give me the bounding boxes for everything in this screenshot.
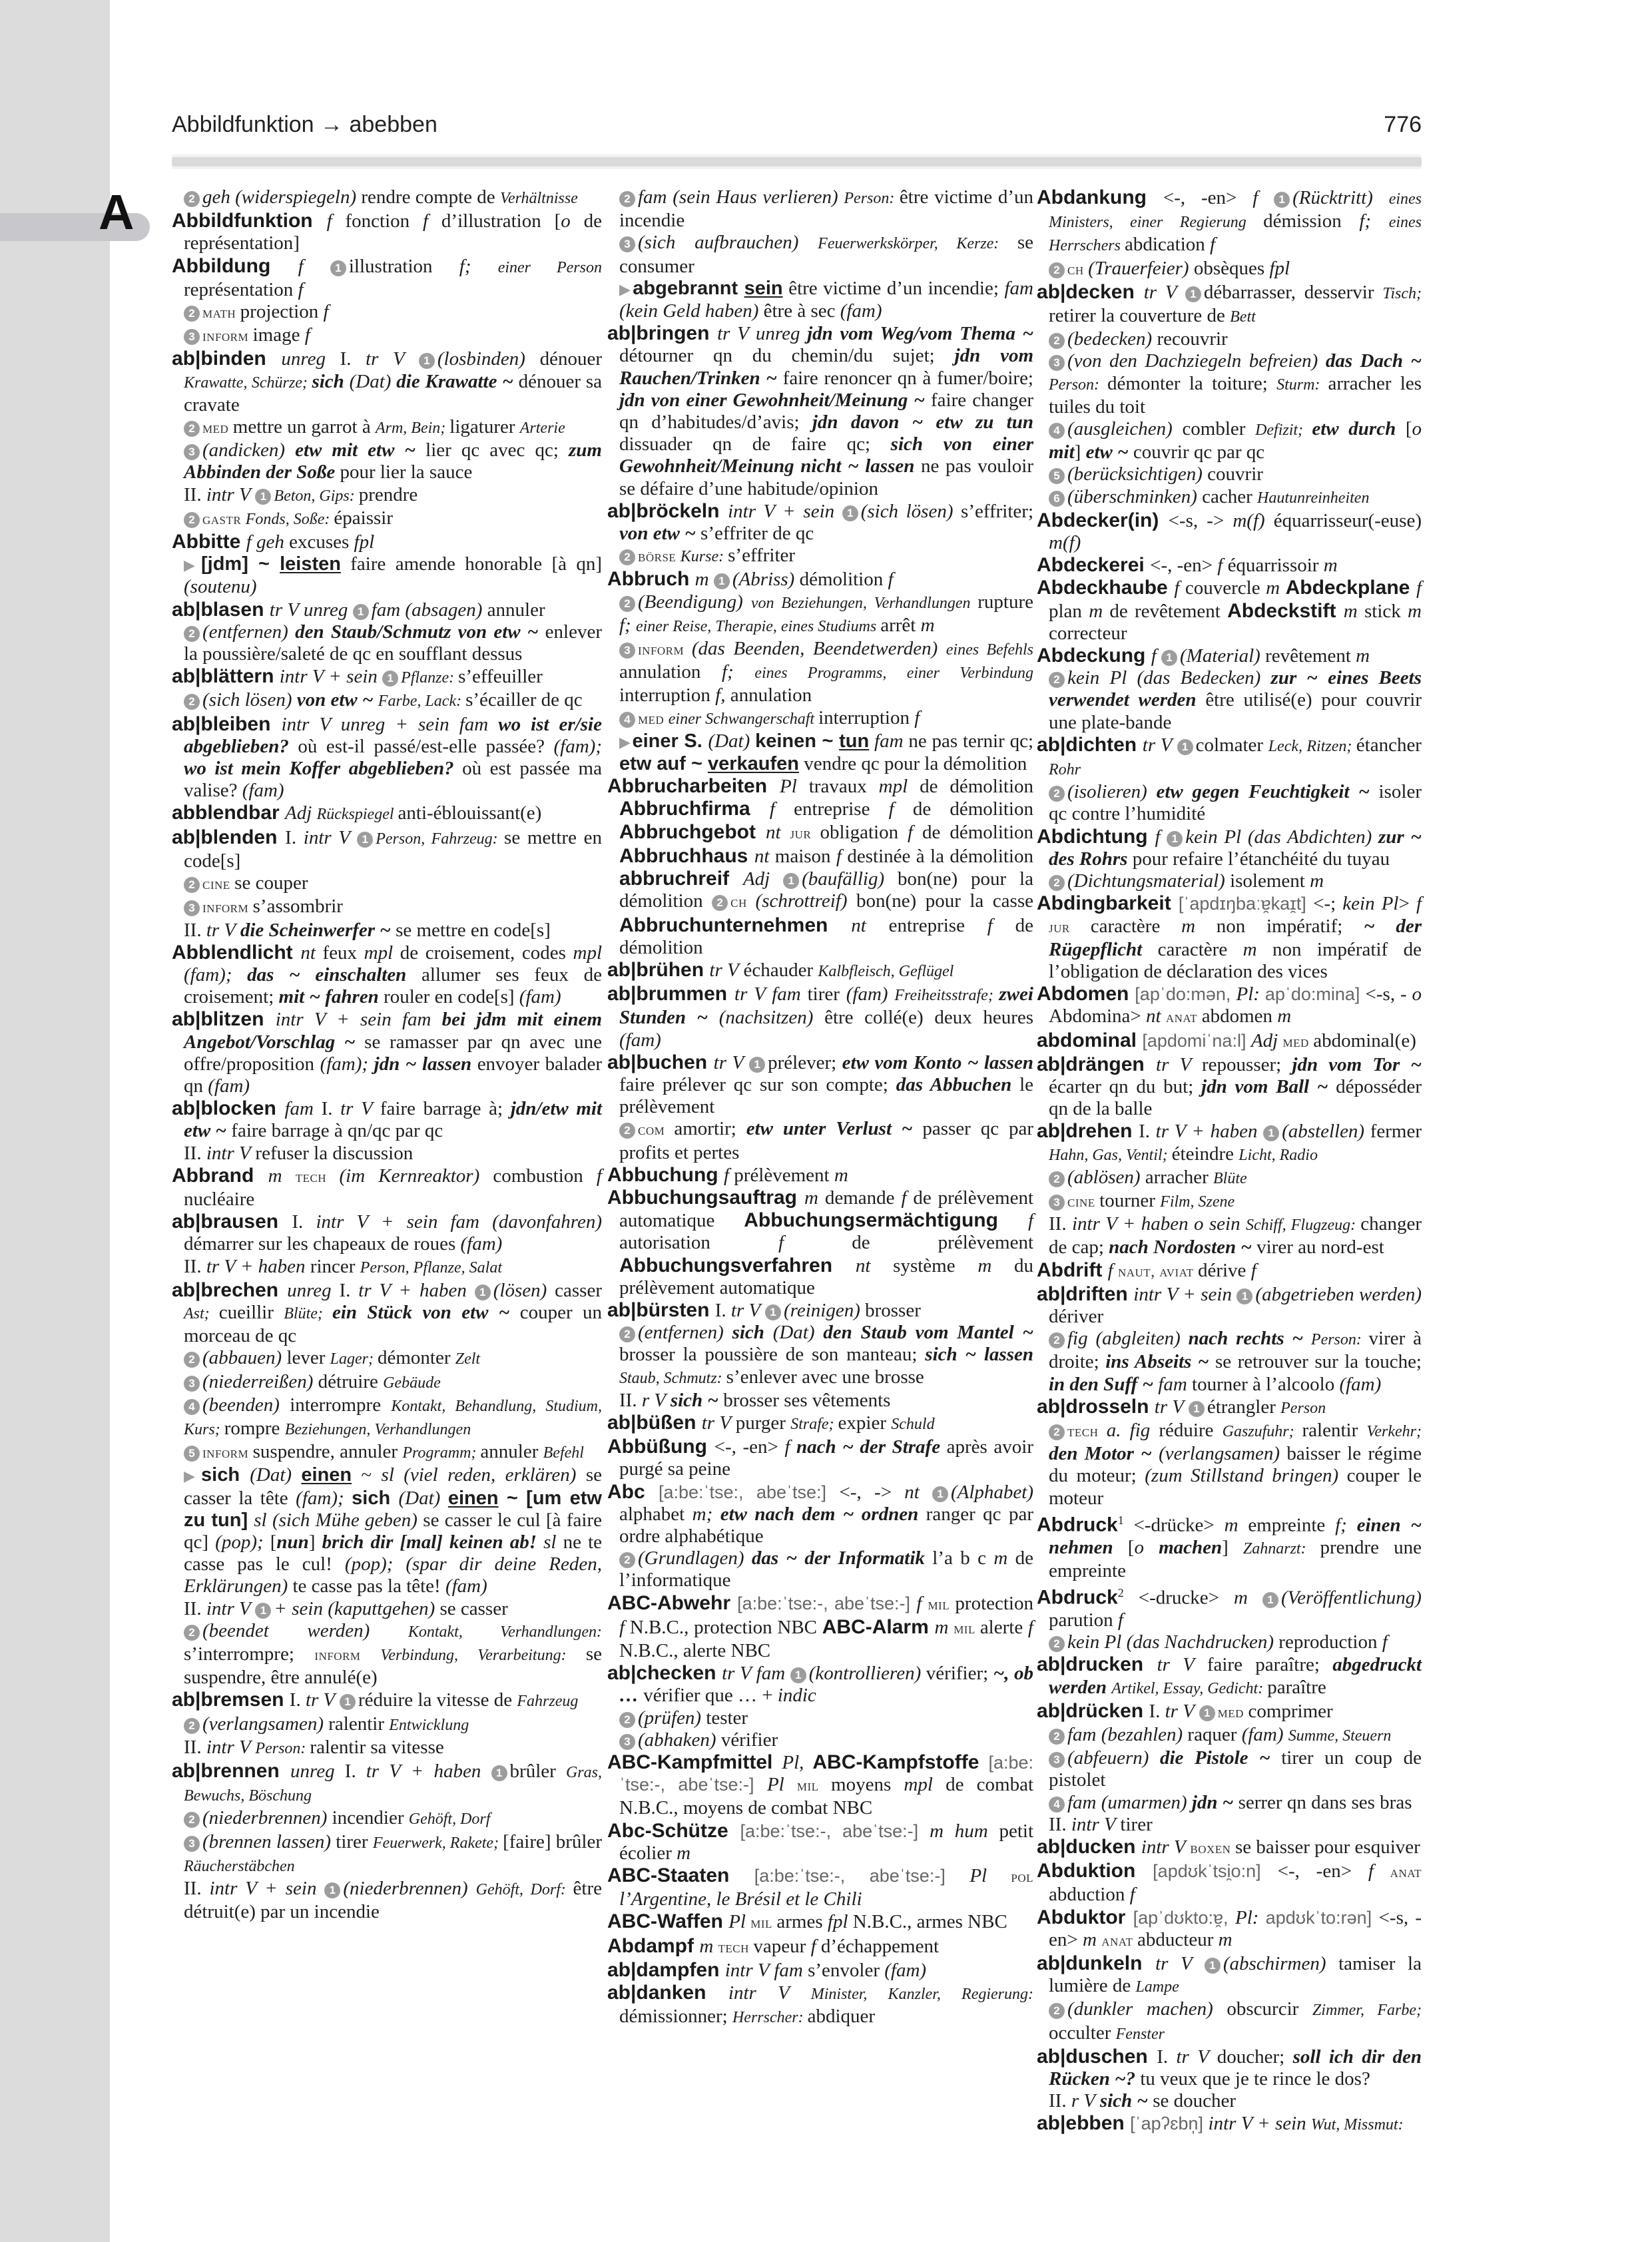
- grammar-label: (bedecken): [1067, 328, 1157, 350]
- translation: parution: [1049, 1609, 1118, 1631]
- example-phrase: die Krawatte ~: [396, 371, 518, 392]
- headword: Abduktor: [1037, 1906, 1133, 1928]
- grammar-label: (Rücktritt): [1292, 187, 1389, 208]
- collocate: von Beziehungen, Verhandlungen: [751, 595, 977, 612]
- grammar-label: nt: [904, 1482, 932, 1503]
- example-phrase: etw mit etw ~: [295, 439, 425, 461]
- grammar-label: fam (absagen): [372, 599, 487, 621]
- grammar-label: (fam): [445, 1575, 487, 1597]
- grammar-label: indic: [778, 1685, 816, 1706]
- translation: démissionner;: [619, 2006, 732, 2027]
- grammar-label: (Dat): [708, 730, 755, 752]
- entry-sense: II. intr V 1Beton, Gips: prendre: [172, 484, 602, 507]
- grammar-label: fpl: [828, 1911, 853, 1932]
- dictionary-entry: ab|danken intr V Minister, Kanzler, Regi…: [607, 1982, 1033, 2029]
- dictionary-entry: ab|bleiben intr V unreg + sein fam wo is…: [172, 713, 602, 802]
- collocate: Lager;: [330, 1350, 378, 1368]
- entry-sense: 2CINE se couper: [172, 872, 602, 896]
- entry-sense: 2(niederbrennen) incendier Gehöft, Dorf: [172, 1807, 602, 1830]
- grammar-label: (beenden): [202, 1394, 290, 1416]
- collocate: eines Programms, einer Verbindung: [754, 665, 1033, 682]
- translation: correcteur: [1049, 623, 1127, 644]
- grammar-label: intr V + sein: [1209, 2113, 1311, 2134]
- collocate: Herrscher:: [732, 2009, 808, 2026]
- dictionary-entry: ab|blasen tr V unreg 1fam (absagen) annu…: [172, 599, 602, 621]
- grammar-label: fam: [869, 730, 908, 752]
- grammar-label: sl: [543, 1532, 563, 1553]
- entry-sense: 5INFORM suspendre, annuler Programm; ann…: [172, 1441, 602, 1464]
- translation: <-s, ->: [1169, 510, 1233, 531]
- grammar-label: tr V: [702, 1412, 736, 1434]
- entry-sense: 3(niederreißen) détruire Gebäude: [172, 1371, 602, 1394]
- translation: virer au nord-est: [1256, 1237, 1384, 1258]
- entry-sense: 3(abhaken) vérifier: [607, 1729, 1033, 1751]
- grammar-label: (zum Stillstand bringen): [1145, 1465, 1346, 1486]
- grammar-label: (niederbrennen): [343, 1878, 475, 1899]
- grammar-label: tr V: [731, 1300, 765, 1321]
- translation: II.: [1049, 1814, 1071, 1835]
- entry-sense: 4(beenden) interrompre Kontakt, Behandlu…: [172, 1394, 602, 1441]
- entry-sense: 2MED mettre un garrot à Arm, Bein; ligat…: [172, 416, 602, 439]
- grammar-label: f: [324, 301, 329, 322]
- translation: N.B.C., protection NBC: [630, 1617, 822, 1638]
- dictionary-entry: ab|brühen tr V échauder Kalbfleisch, Gef…: [607, 959, 1033, 983]
- dictionary-entry: ab|blättern intr V + sein 1Pflanze: s’ef…: [172, 665, 602, 689]
- sense-number-icon: 5: [1049, 468, 1065, 484]
- grammar-label: f;: [1359, 210, 1388, 232]
- grammar-label: (abgetrieben werden): [1255, 1284, 1422, 1305]
- entry-sense: 2(ablösen) arracher Blüte: [1037, 1167, 1422, 1190]
- translation: étancher: [1356, 734, 1422, 756]
- headword: Abblendlicht: [172, 942, 300, 964]
- grammar-label: intr V + haben o sein: [1072, 1213, 1246, 1235]
- entry-sense: 2(isolieren) etw gegen Feuchtigkeit ~ is…: [1037, 781, 1422, 825]
- translation: couvercle: [1185, 577, 1266, 599]
- entry-sense: 2TECH a. fig réduire Gaszufuhr; ralentir…: [1037, 1420, 1422, 1510]
- dictionary-entry: Abbitte f geh excuses fpl: [172, 531, 602, 553]
- sense-number-icon: 2: [184, 694, 200, 710]
- entry-sense: 3INFORM image f: [172, 324, 602, 348]
- dictionary-entry: ab|drucken tr V faire paraître; abgedruc…: [1037, 1653, 1422, 1699]
- translation: alerte: [980, 1617, 1028, 1638]
- translation: I.: [340, 1280, 359, 1301]
- entry-sense: ▶abgebrannt sein être victime d’un incen…: [607, 278, 1033, 322]
- sense-number-icon: 2: [619, 191, 635, 207]
- example-phrase: jdn vom Ball ~: [1201, 1076, 1336, 1097]
- translation: entreprise: [794, 798, 888, 820]
- translation: annuler: [487, 599, 545, 621]
- subject-label: TECH: [1067, 1423, 1107, 1440]
- translation: se doucher: [1153, 2090, 1236, 2111]
- grammar-label: (kontrollieren): [809, 1663, 926, 1684]
- grammar-label: m: [1408, 601, 1422, 622]
- homograph-number: 2: [1118, 1586, 1124, 1599]
- dictionary-entry: ab|dampfen intr V fam s’envoler (fam): [607, 1959, 1033, 1982]
- dictionary-entry: ab|drehen I. tr V + haben 1(abstellen) f…: [1037, 1120, 1422, 1166]
- sense-number-icon: 1: [475, 1284, 491, 1300]
- headword: ABC-Kampfmittel: [607, 1751, 782, 1773]
- grammar-label: m: [993, 1547, 1015, 1569]
- entry-sense: 2(entfernen) den Staub/Schmutz von etw ~…: [172, 621, 602, 665]
- example-phrase: etw nach dem ~ ordnen: [720, 1504, 926, 1525]
- example-phrase: die Scheinwerfer ~: [240, 920, 396, 941]
- idiom-phrase: [jdm] ~: [201, 553, 280, 575]
- grammar-label: l’Argentine, le Brésil et le Chili: [619, 1888, 862, 1910]
- example-phrase: jdn vom Tor ~: [1292, 1054, 1422, 1075]
- grammar-label: kein Pl: [1342, 893, 1398, 914]
- grammar-label: (Dat): [250, 1464, 301, 1486]
- subject-label: INFORM: [202, 328, 253, 345]
- translation: <-, ->: [840, 1482, 905, 1503]
- dictionary-entry: ab|ebben [ˈapʔɛbn̩] intr V + sein Wut, M…: [1037, 2112, 1422, 2136]
- grammar-label: m hum: [930, 1821, 999, 1842]
- translation: dériver: [1049, 1306, 1103, 1327]
- idiom-phrase: etw auf ~: [619, 753, 708, 774]
- translation: cacher: [1202, 486, 1257, 507]
- dictionary-entry: abblendbar Adj Rückspiegel anti-éblouiss…: [172, 802, 602, 826]
- sense-number-icon: 4: [184, 1399, 200, 1415]
- headword: ab|bröckeln: [607, 500, 728, 522]
- headword: ab|brummen: [607, 983, 734, 1005]
- grammar-label: tr V + haben: [366, 1761, 491, 1782]
- translation: reproduction: [1278, 1631, 1382, 1653]
- collocate: einer Reise, Therapie, eines Studiums: [636, 618, 880, 635]
- idiom-keyword: leisten: [280, 553, 341, 575]
- translation: réduire: [1159, 1420, 1222, 1441]
- grammar-label: (entfernen): [202, 621, 295, 643]
- grammar-label: f;: [619, 615, 636, 636]
- translation: autorisation: [619, 1232, 778, 1253]
- subject-label: JUR: [790, 825, 820, 842]
- grammar-label: r V: [642, 1390, 671, 1411]
- translation: ralentir: [328, 1713, 389, 1735]
- grammar-label: m: [921, 615, 935, 636]
- translation: abduction: [1049, 1884, 1130, 1905]
- translation: de démolition: [913, 798, 1033, 820]
- sense-number-icon: 4: [1049, 1797, 1065, 1813]
- translation: interruption: [619, 685, 715, 706]
- grammar-label: m: [699, 1936, 718, 1957]
- grammar-label: tr V: [306, 1689, 340, 1711]
- grammar-label: (beendet werden): [202, 1620, 408, 1641]
- headword: Abdampf: [607, 1935, 699, 1957]
- headword: abbruchreif: [619, 868, 743, 890]
- collocate: Zimmer, Farbe;: [1312, 2002, 1422, 2019]
- subject-label: TECH: [296, 1169, 340, 1186]
- grammar-label: f: [1252, 187, 1274, 208]
- translation: combustion: [493, 1165, 597, 1187]
- sense-number-icon: 2: [184, 1718, 200, 1734]
- grammar-label: f: [327, 210, 346, 232]
- headword: Abbildung: [172, 255, 298, 277]
- entry-sense: 3(abfeuern) die Pistole ~ tirer un coup …: [1037, 1747, 1422, 1791]
- grammar-label: f: [423, 210, 441, 232]
- translation: N.B.C., alerte NBC: [619, 1640, 770, 1661]
- idiom-phrase: abgebrannt: [633, 278, 744, 299]
- sense-number-icon: 3: [1049, 1195, 1065, 1211]
- collocate: Kontakt, Verhandlungen:: [408, 1623, 602, 1641]
- subject-label: ANAT: [1101, 1932, 1137, 1950]
- grammar-label: (fam): [840, 300, 882, 322]
- translation: destinée à la démolition: [847, 846, 1033, 867]
- grammar-label: (pop);: [215, 1532, 270, 1553]
- entry-sense: 5(berücksichtigen) couvrir: [1037, 463, 1422, 485]
- translation: II.: [184, 1143, 206, 1164]
- grammar-label: (sich lösen): [202, 689, 297, 710]
- entry-sense: II. intr V + haben o sein Schiff, Flugze…: [1037, 1213, 1422, 1259]
- translation: I.: [322, 1098, 341, 1119]
- translation: empreinte: [1248, 1514, 1335, 1536]
- grammar-label: (soutenu): [184, 576, 257, 597]
- dictionary-entry: ABC-Waffen Pl MIL armes fpl N.B.C., arme…: [607, 1910, 1033, 1934]
- translation: N.B.C., armes NBC: [853, 1911, 1007, 1932]
- idiom-phrase: sich: [201, 1464, 250, 1486]
- headword: ABC-Waffen: [607, 1910, 728, 1932]
- grammar-label: m(f): [1049, 532, 1081, 553]
- headword: ab|dampfen: [607, 1959, 725, 1981]
- headword: Abbruchfirma: [619, 798, 770, 820]
- headword: ab|danken: [607, 1982, 728, 2004]
- translation: ne pas ternir qc;: [908, 730, 1033, 752]
- entry-sense: 4(ausgleichen) combler Defizit; etw durc…: [1037, 418, 1422, 463]
- grammar-label: f: [597, 1165, 602, 1187]
- translation: prélever;: [768, 1052, 842, 1073]
- example-phrase: ins Abseits ~: [1105, 1351, 1215, 1372]
- grammar-label: tr V + haben: [1156, 1121, 1263, 1142]
- collocate: Bett: [1230, 308, 1256, 326]
- phonetic: [apˈdʊkto:ɐ̯,: [1133, 1908, 1235, 1928]
- example-phrase: sich: [312, 371, 349, 392]
- grammar-label: geh (widerspiegeln): [202, 186, 361, 208]
- translation: fonction: [345, 210, 423, 232]
- grammar-label: tr V fam: [734, 983, 808, 1005]
- translation: I.: [1139, 1121, 1156, 1142]
- example-phrase: mit ~ fahren: [279, 986, 384, 1007]
- sense-number-icon: 2: [1049, 1171, 1065, 1187]
- grammar-label: f: [724, 1165, 734, 1186]
- headword: Abdeckstift: [1227, 600, 1344, 622]
- grammar-label: m: [1083, 1929, 1101, 1950]
- entry-sense: 3(andicken) etw mit etw ~ lier qc avec q…: [172, 439, 602, 483]
- grammar-label: tr V: [1155, 1396, 1189, 1418]
- subject-label: CINE: [202, 876, 234, 893]
- sense-number-icon: 1: [330, 260, 346, 276]
- subject-label: CINE: [1067, 1193, 1099, 1211]
- grammar-label: f: [914, 707, 920, 728]
- collocate: Blüte;: [284, 1305, 332, 1322]
- translation: mettre un garrot à: [233, 416, 376, 437]
- collocate: Leck, Ritzen;: [1268, 738, 1356, 755]
- grammar-label: intr V: [206, 1598, 256, 1619]
- translation: II.: [184, 1737, 206, 1758]
- headword: ab|brühen: [607, 959, 709, 981]
- sense-number-icon: 1: [419, 353, 435, 369]
- grammar-label: (abschirmen): [1223, 1953, 1338, 1974]
- grammar-label: tr V: [1156, 1054, 1202, 1075]
- grammar-label: f: [1155, 826, 1167, 848]
- phonetic: [a:be:ˈtse:, abeˈtse:]: [659, 1482, 840, 1502]
- grammar-label: tr V: [206, 920, 240, 941]
- translation: stick: [1364, 601, 1408, 622]
- headword: ab|drehen: [1037, 1120, 1139, 1142]
- translation: occulter: [1049, 2022, 1116, 2044]
- grammar-label: f: [1251, 1260, 1256, 1281]
- translation: arracher: [1145, 1167, 1213, 1188]
- dictionary-entry: abdominal [apdomiˈna:l] Adj MED abdomina…: [1037, 1029, 1422, 1053]
- subject-label: INFORM: [202, 1444, 253, 1462]
- phonetic: [apdomiˈna:l]: [1142, 1031, 1251, 1051]
- translation: II.: [1049, 2090, 1071, 2111]
- sense-number-icon: 1: [353, 604, 369, 620]
- translation: interrompre: [290, 1394, 391, 1416]
- translation: se casser: [440, 1598, 508, 1619]
- grammar-label: intr V: [206, 1143, 256, 1164]
- translation: se couper: [234, 872, 308, 894]
- page-number: 776: [1384, 112, 1422, 138]
- dictionary-entry: ab|brausen I. intr V + sein fam (davonfa…: [172, 1211, 602, 1255]
- translation: travaux: [809, 776, 879, 797]
- translation: expier: [838, 1412, 892, 1434]
- translation: se baisser pour esquiver: [1235, 1836, 1420, 1858]
- dictionary-entry: ab|blenden I. intr V 1Person, Fahrzeug: …: [172, 826, 602, 872]
- sense-number-icon: 2: [184, 191, 200, 207]
- grammar-label: (abhaken): [638, 1729, 721, 1751]
- translation: image: [253, 324, 305, 346]
- translation: démonter: [378, 1347, 455, 1368]
- page-margin-strip: [0, 0, 110, 2242]
- grammar-label: (fam);: [554, 736, 602, 757]
- sense-number-icon: 2: [184, 877, 200, 893]
- collocate: Pflanze:: [401, 669, 458, 687]
- translation: ]: [1075, 441, 1086, 463]
- headword: Abbuchung: [607, 1164, 724, 1186]
- collocate: Schiff, Flugzeug:: [1246, 1217, 1360, 1234]
- headword: ab|bringen: [607, 322, 717, 344]
- grammar-label: Pl,: [782, 1752, 812, 1773]
- translation: obligation: [820, 822, 908, 843]
- translation: équarrissoir: [1228, 555, 1324, 576]
- dictionary-entry: ab|buchen tr V 1prélever; etw vom Konto …: [607, 1051, 1033, 1119]
- grammar-label: tr V: [340, 1098, 380, 1119]
- grammar-label: (nachsitzen): [719, 1007, 824, 1028]
- sense-number-icon: 2: [619, 1712, 635, 1728]
- grammar-label: f: [619, 1617, 630, 1638]
- translation: [: [1406, 418, 1412, 439]
- grammar-label: (Trauerfeier): [1088, 258, 1194, 279]
- grammar-label: m: [1181, 916, 1217, 937]
- collocate: Rückspiegel: [317, 806, 398, 823]
- translation: entreprise: [889, 915, 987, 936]
- collocate: Summe, Steuern: [1288, 1727, 1392, 1745]
- grammar-label: (fam): [519, 986, 561, 1007]
- grammar-label: Adj: [743, 868, 783, 890]
- translation: retirer la couverture de: [1049, 305, 1230, 326]
- example-phrase: ein Stück von etw ~: [332, 1302, 520, 1323]
- sense-number-icon: 4: [1049, 423, 1065, 439]
- dictionary-entry: Abdruck2 <-drucke> m 1(Veröffentlichung)…: [1037, 1582, 1422, 1631]
- collocate: Person:: [255, 1740, 310, 1757]
- headword: ab|blocken: [172, 1097, 284, 1119]
- entry-sense: 2COM amortir; etw unter Verlust ~ passer…: [607, 1118, 1033, 1163]
- dictionary-entry: ab|brechen unreg I. tr V + haben 1(lösen…: [172, 1279, 602, 1348]
- grammar-label: kein Pl (das Bedecken): [1067, 667, 1271, 689]
- entry-sense: II. intr V + sein 1(niederbrennen) Gehöf…: [172, 1878, 602, 1923]
- dictionary-entry: Abdruck1 <-drücke> m empreinte f; einen …: [1037, 1510, 1422, 1582]
- headword: Abdeckplane: [1286, 577, 1416, 599]
- translation: tirer: [808, 983, 846, 1005]
- subject-label: MED: [638, 710, 669, 728]
- translation: I.: [285, 827, 304, 848]
- grammar-label: m: [1277, 1005, 1291, 1027]
- grammar-label: (sich aufbrauchen): [638, 232, 818, 253]
- example-phrase: das ~ der Informatik: [752, 1547, 932, 1569]
- grammar-label: (Dat): [399, 1488, 448, 1509]
- collocate: Fenster: [1116, 2026, 1165, 2043]
- translation: s’interrompre;: [184, 1643, 314, 1665]
- translation: suspendre, annuler: [253, 1441, 403, 1462]
- grammar-label: tr V unreg: [717, 323, 807, 344]
- translation: anti-éblouissant(e): [398, 802, 542, 824]
- sense-number-icon: 2: [184, 1352, 200, 1368]
- dictionary-entry: Abbildung f 1illustration f; einer Perso…: [172, 255, 602, 301]
- headword: ab|dichten: [1037, 734, 1143, 756]
- example-phrase: etw gegen Feuchtigkeit ~: [1156, 781, 1378, 802]
- example-phrase: machen: [1159, 1537, 1222, 1558]
- grammar-label: m: [695, 569, 714, 590]
- translation: se retrouver sur la touche;: [1215, 1351, 1422, 1372]
- entry-sense: 2BÖRSE Kurse: s’effriter: [607, 545, 1033, 568]
- translation: feux: [323, 942, 364, 964]
- translation: fermer: [1370, 1121, 1422, 1142]
- entry-sense: 4MED einer Schwangerschaft interruption …: [607, 707, 1033, 730]
- grammar-label: (ausgleichen): [1067, 418, 1182, 439]
- subject-label: ANAT: [1166, 1009, 1202, 1026]
- example-phrase: nach rechts ~: [1189, 1328, 1311, 1349]
- example-phrase: nach Nordosten ~: [1109, 1237, 1256, 1258]
- subject-label: BOXEN: [1190, 1840, 1235, 1857]
- headword: ab|brechen: [172, 1279, 287, 1301]
- translation: maison: [775, 846, 836, 867]
- subject-label: MIL: [928, 1596, 955, 1613]
- example-phrase: etw durch: [1312, 418, 1405, 439]
- grammar-label: (dunkler machen): [1067, 1998, 1227, 2020]
- subject-label: MIL: [954, 1620, 980, 1637]
- grammar-label: m: [935, 1617, 954, 1638]
- collocate: Krawatte, Schürze;: [184, 374, 312, 392]
- headword: Abbrucharbeiten: [607, 775, 780, 797]
- translation: II.: [619, 1390, 642, 1411]
- grammar-label: f;: [1335, 1514, 1357, 1536]
- sense-number-icon: 1: [1262, 1592, 1278, 1608]
- grammar-label: intr V + sein fam: [276, 1009, 442, 1030]
- dictionary-entry: Abblendlicht nt feux mpl de croisement, …: [172, 942, 602, 1009]
- translation: échauder: [743, 960, 818, 981]
- translation: vérifier;: [926, 1663, 993, 1684]
- sense-number-icon: 1: [842, 505, 858, 521]
- sense-number-icon: 2: [1049, 262, 1065, 278]
- grammar-label: m: [1310, 870, 1324, 892]
- sense-number-icon: 1: [749, 1057, 765, 1073]
- grammar-label: (abbauen): [202, 1347, 286, 1368]
- dictionary-entry: ab|brummen tr V fam tirer (fam) Freiheit…: [607, 983, 1033, 1051]
- grammar-label: m: [1324, 555, 1338, 576]
- grammar-label: m: [1089, 601, 1109, 622]
- translation: I.: [715, 1300, 731, 1321]
- grammar-label: mpl: [879, 776, 920, 797]
- grammar-label: (fam);: [296, 1488, 352, 1509]
- headword: ab|buchen: [607, 1051, 714, 1073]
- grammar-label: f: [778, 1232, 852, 1253]
